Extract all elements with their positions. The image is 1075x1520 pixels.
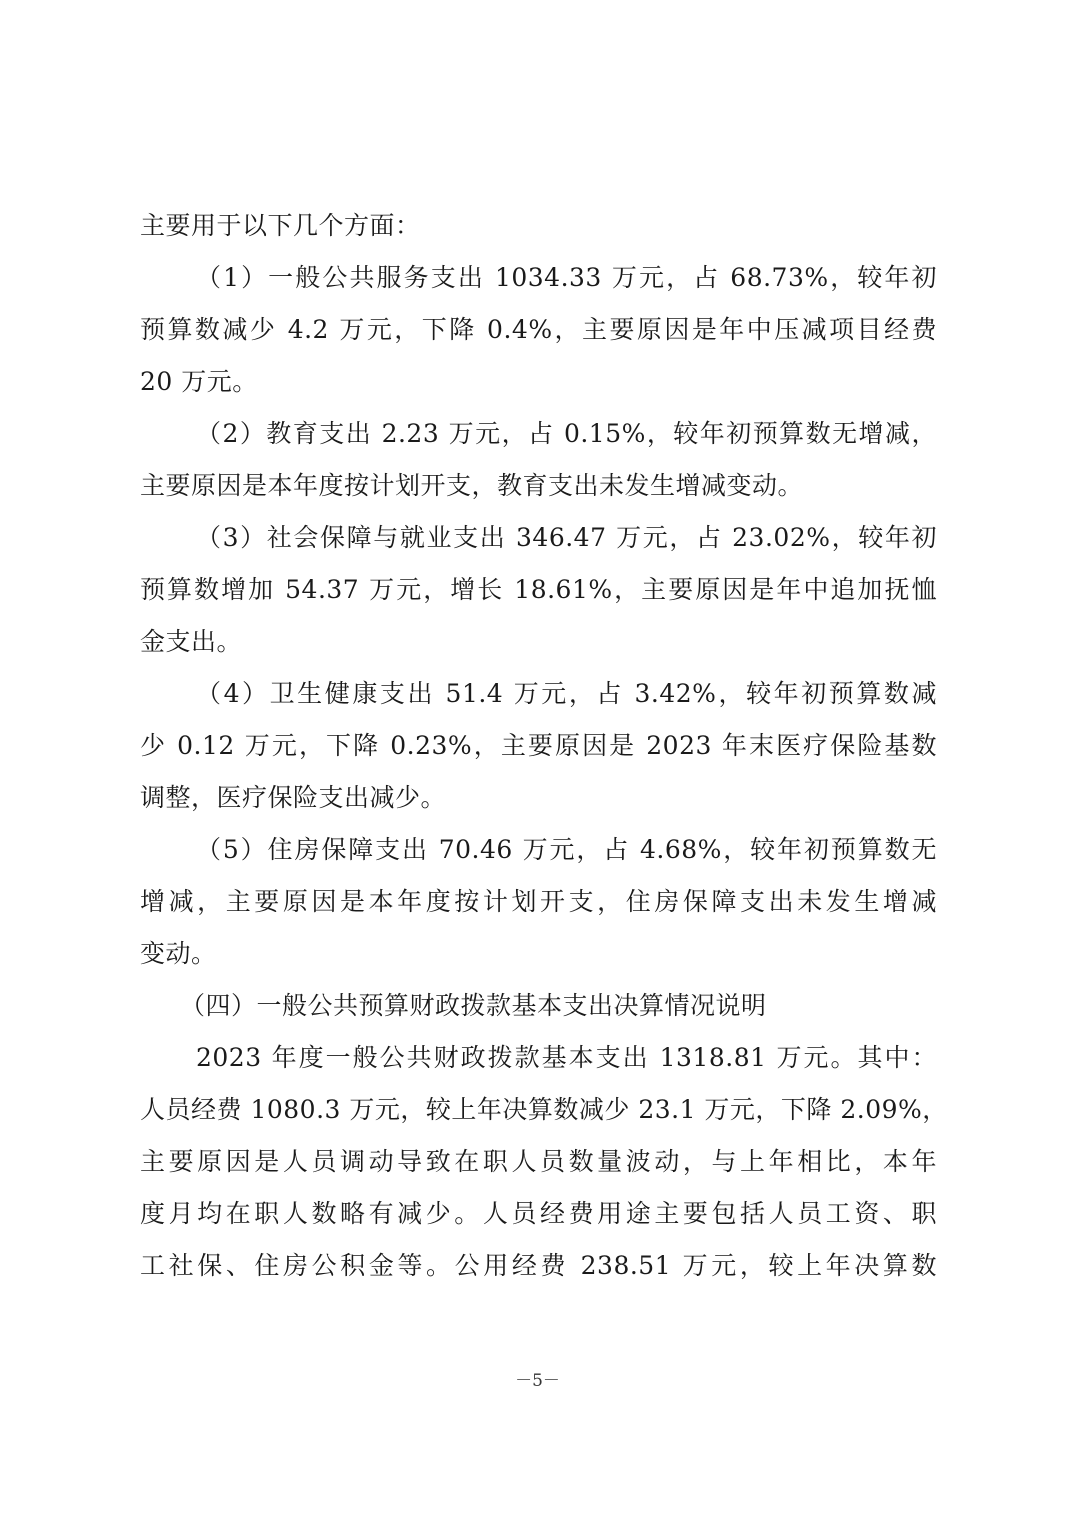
text-line: 调整，医疗保险支出减少。 (140, 772, 446, 824)
page-number: －5－ (0, 1366, 1075, 1391)
text-line: 2023 年度一般公共财政拨款基本支出 1318.81 万元。其中： (196, 1032, 937, 1084)
text-line: 预算数减少 4.2 万元，下降 0.4%，主要原因是年中压减项目经费 (140, 304, 937, 356)
text-line-item-2: （2）教育支出 2.23 万元，占 0.15%，较年初预算数无增减， (196, 408, 937, 460)
text-line: 主要原因是本年度按计划开支，教育支出未发生增减变动。 (140, 460, 803, 512)
section-heading: （四）一般公共预算财政拨款基本支出决算情况说明 (180, 980, 767, 1032)
text-line: 主要用于以下几个方面： (140, 200, 421, 252)
text-line-item-5: （5）住房保障支出 70.46 万元，占 4.68%，较年初预算数无 (196, 824, 937, 876)
text-line: 20 万元。 (140, 356, 258, 408)
text-line: 少 0.12 万元，下降 0.23%，主要原因是 2023 年末医疗保险基数 (140, 720, 937, 772)
text-line: 增减，主要原因是本年度按计划开支，住房保障支出未发生增减 (140, 876, 937, 928)
text-line-item-1: （1）一般公共服务支出 1034.33 万元，占 68.73%，较年初 (196, 252, 937, 304)
text-line: 人员经费 1080.3 万元，较上年决算数减少 23.1 万元，下降 2.09%… (140, 1084, 937, 1136)
text-line: 预算数增加 54.37 万元，增长 18.61%，主要原因是年中追加抚恤 (140, 564, 937, 616)
text-line: 工社保、住房公积金等。公用经费 238.51 万元，较上年决算数 (140, 1240, 937, 1292)
text-line: 主要原因是人员调动导致在职人员数量波动，与上年相比，本年 (140, 1136, 937, 1188)
text-line: 金支出。 (140, 616, 242, 668)
text-line-item-3: （3）社会保障与就业支出 346.47 万元，占 23.02%，较年初 (196, 512, 937, 564)
text-line-item-4: （4）卫生健康支出 51.4 万元，占 3.42%，较年初预算数减 (196, 668, 937, 720)
text-line: 度月均在职人数略有减少。人员经费用途主要包括人员工资、职 (140, 1188, 937, 1240)
text-line: 变动。 (140, 928, 217, 980)
